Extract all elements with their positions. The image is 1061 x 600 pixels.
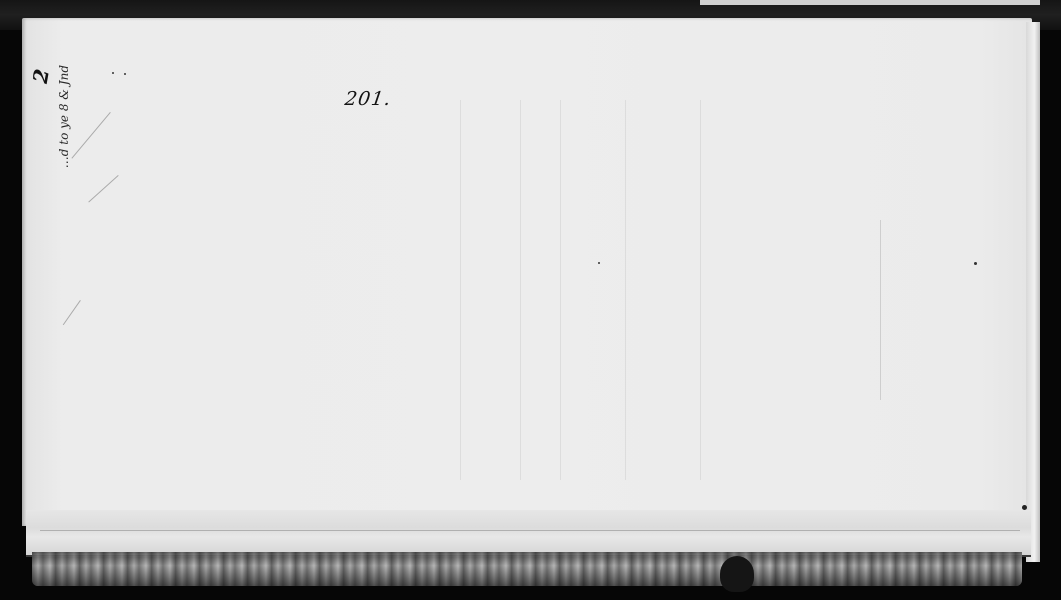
ghost-ruling-line (460, 100, 461, 480)
binding-dark-spot (720, 556, 754, 592)
ink-speck (598, 262, 600, 264)
ghost-ruling-line (880, 220, 881, 400)
document-scan: 201. …d to ye 8 & Jnd 2 (0, 0, 1061, 600)
page-bottom-line (40, 530, 1020, 531)
binding-shadow (32, 552, 1022, 586)
margin-annotation-text: …d to ye 8 & Jnd (57, 65, 71, 325)
ink-speck (124, 73, 126, 75)
ghost-ruling-line (700, 100, 701, 480)
ghost-ruling-line (625, 100, 626, 480)
page-bottom-layers (26, 510, 1031, 557)
ghost-ruling-line (520, 100, 521, 480)
ink-speck (112, 72, 114, 74)
adjacent-page-sliver (700, 0, 1040, 5)
margin-annotation: …d to ye 8 & Jnd (52, 70, 72, 330)
ink-speck (974, 262, 977, 265)
ghost-ruling-line (560, 100, 561, 480)
page-number: 201. (343, 88, 392, 110)
page-edge-right (1026, 22, 1040, 562)
